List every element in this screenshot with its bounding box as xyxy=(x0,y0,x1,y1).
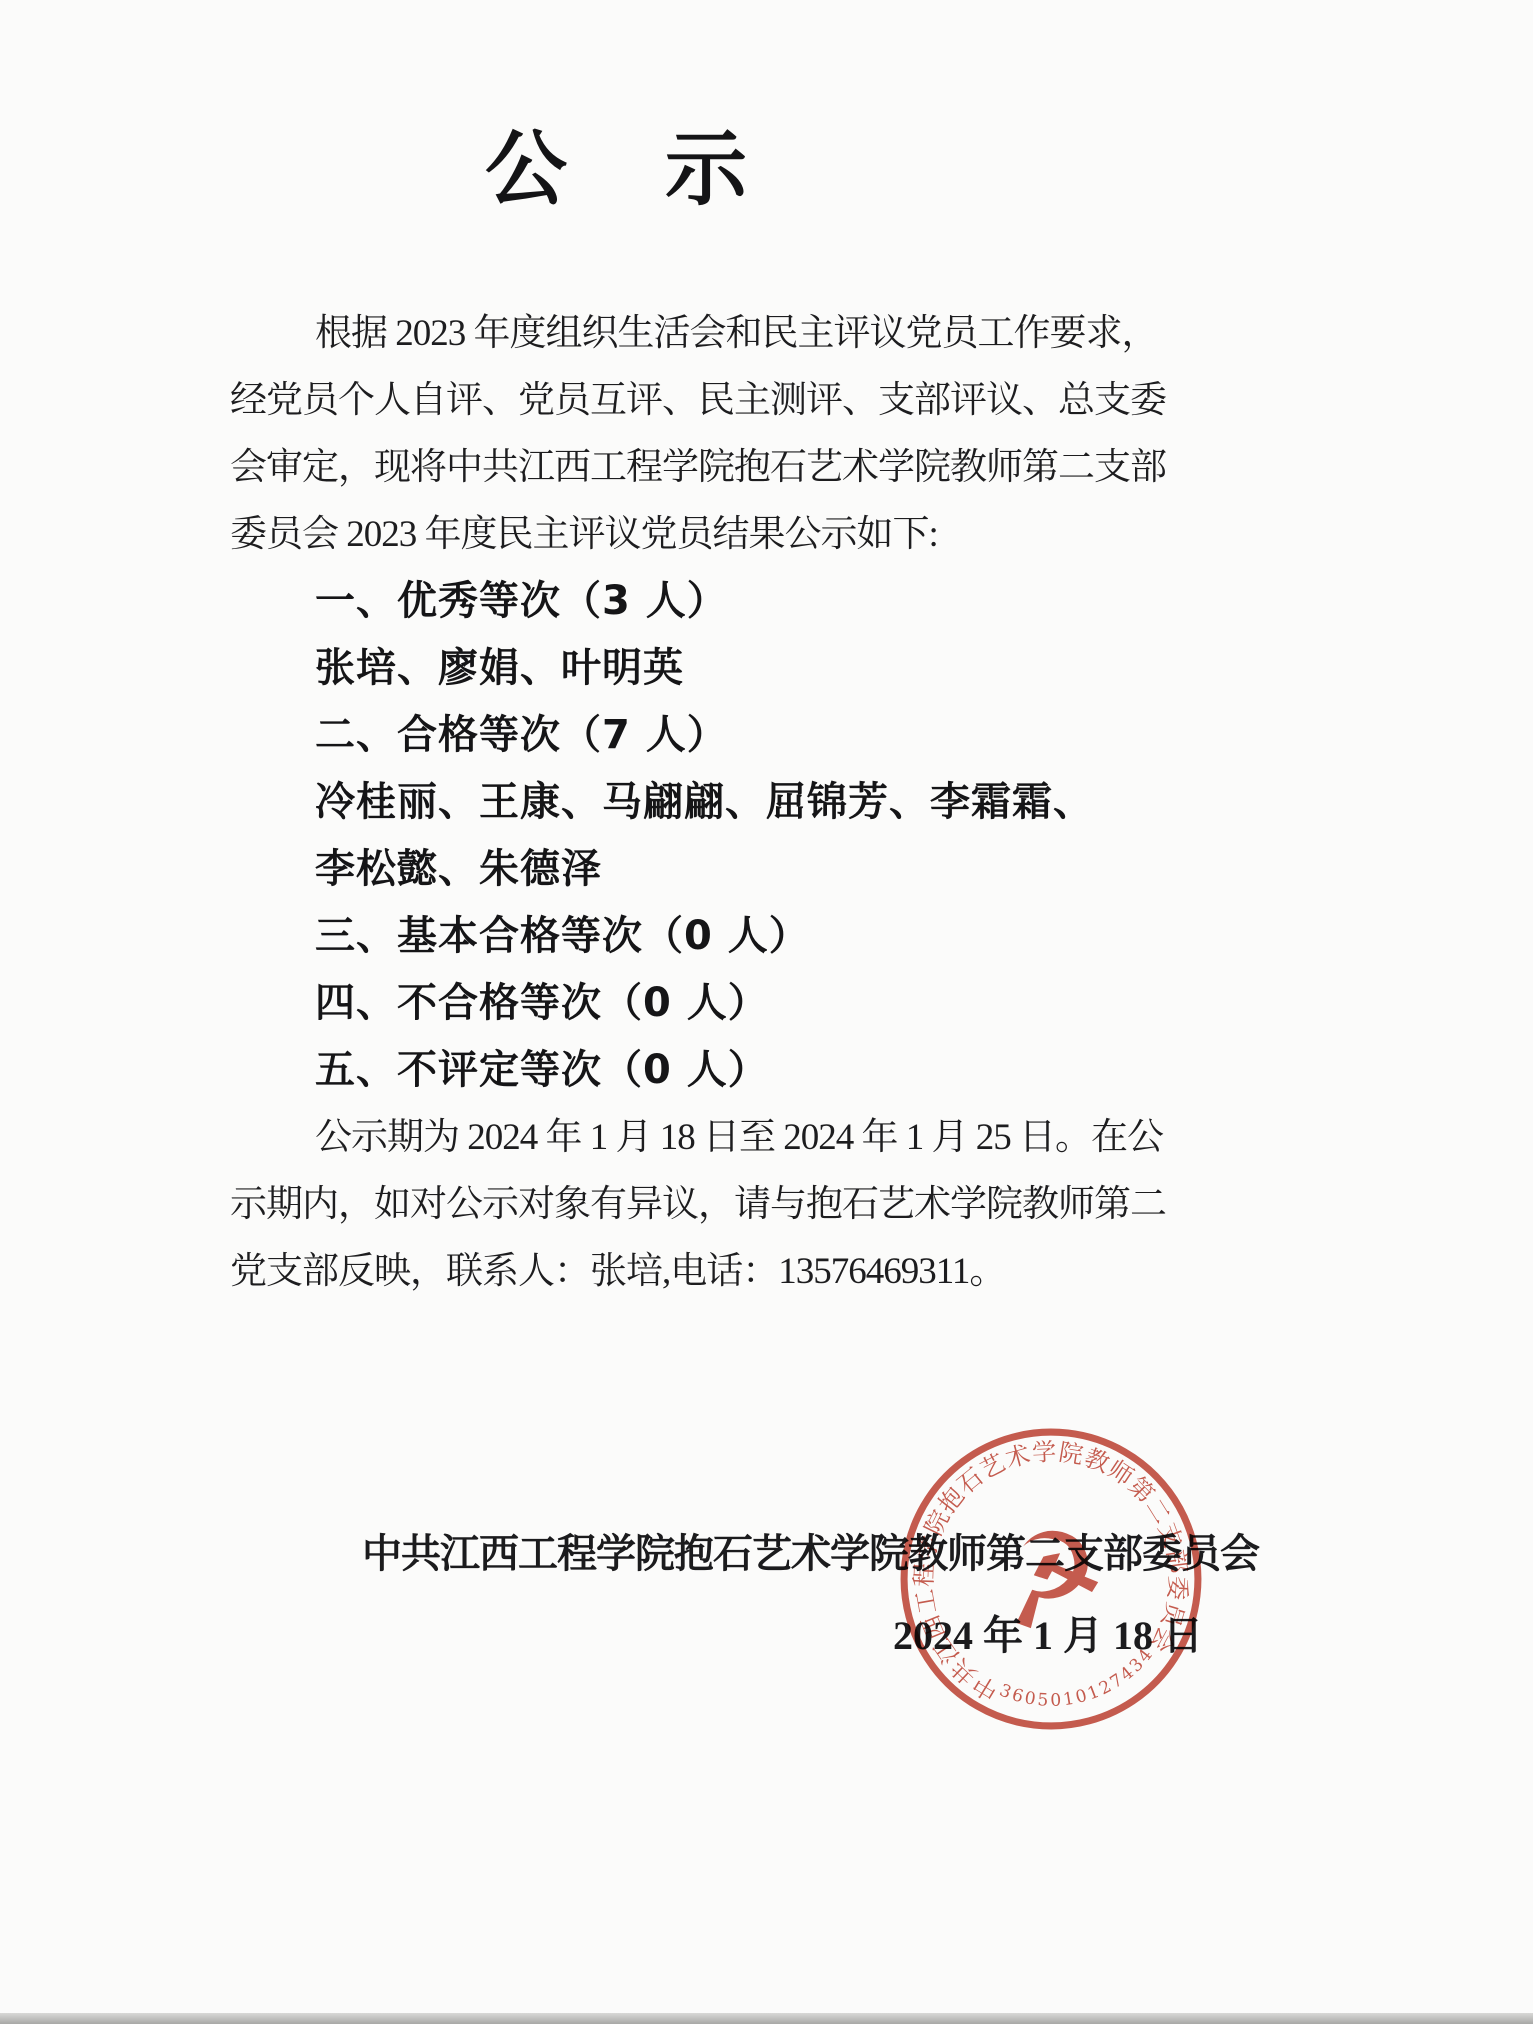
list-heading-excellent: 一、优秀等次（3 人） xyxy=(230,568,1160,635)
hammer-and-sickle-icon: ☭ xyxy=(979,1495,1122,1662)
announcement-page: 公 示 根据 2023 年度组织生活会和民主评议党员工作要求， 经党员个人自评、… xyxy=(0,0,1533,2024)
list-heading-qualified: 二、合格等次（7 人） xyxy=(230,702,1160,769)
list-names-excellent: 张培、廖娟、叶明英 xyxy=(230,635,1160,702)
list-names-qualified: 冷桂丽、王康、马翩翩、屈锦芳、李霜霜、 xyxy=(230,769,1160,836)
official-seal: 中共江西工程学院抱石艺术学院教师第二支部委员会 ☭ 3605010127434 xyxy=(854,1382,1248,1776)
list-heading-unqualified: 四、不合格等次（0 人） xyxy=(230,970,1160,1037)
paragraph2-line: 示期内，如对公示对象有异议，请与抱石艺术学院教师第二 xyxy=(230,1171,1160,1238)
list-heading-not-rated: 五、不评定等次（0 人） xyxy=(230,1037,1160,1104)
paragraph1-line: 委员会 2023 年度民主评议党员结果公示如下: xyxy=(230,501,1160,568)
scan-edge xyxy=(0,2013,1533,2024)
page-title: 公 示 xyxy=(0,104,1240,221)
paragraph1-line: 根据 2023 年度组织生活会和民主评议党员工作要求， xyxy=(230,300,1160,367)
paragraph1-line: 经党员个人自评、党员互评、民主测评、支部评议、总支委 xyxy=(230,367,1160,434)
list-names-qualified: 李松懿、朱德泽 xyxy=(230,836,1160,903)
paragraph1-line: 会审定，现将中共江西工程学院抱石艺术学院教师第二支部 xyxy=(230,434,1160,501)
paragraph2-line: 公示期为 2024 年 1 月 18 日至 2024 年 1 月 25 日。在公 xyxy=(230,1104,1160,1171)
list-heading-basically-qualified: 三、基本合格等次（0 人） xyxy=(230,903,1160,970)
paragraph2-line: 党支部反映，联系人：张培,电话：13576469311。 xyxy=(230,1238,1160,1305)
document-body: 根据 2023 年度组织生活会和民主评议党员工作要求， 经党员个人自评、党员互评… xyxy=(230,300,1160,1305)
